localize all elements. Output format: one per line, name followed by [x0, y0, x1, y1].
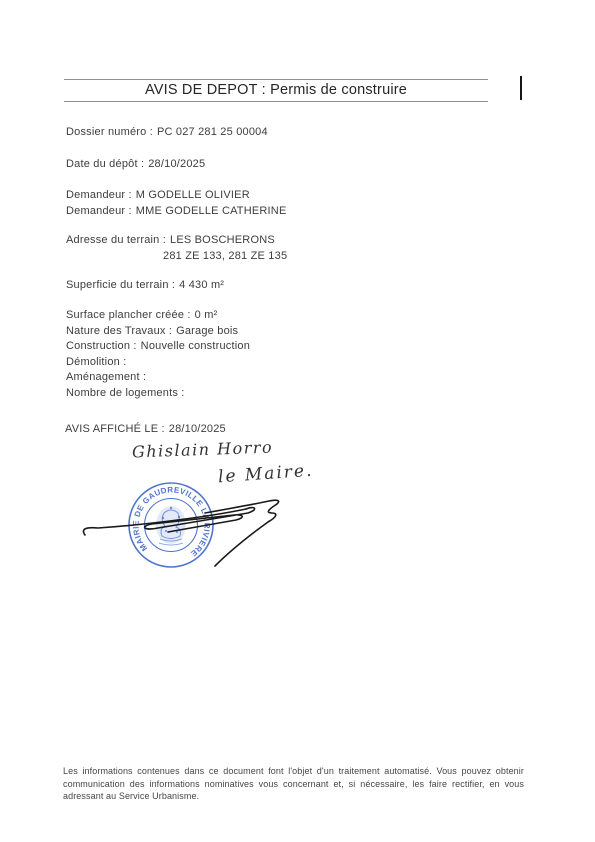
field-label: Demandeur :: [66, 189, 132, 201]
field-label: Démolition :: [66, 356, 126, 368]
field-label: AVIS AFFICHÉ LE :: [65, 423, 165, 435]
field-value: 4 430 m²: [179, 279, 224, 291]
field-avis-affiche-le: AVIS AFFICHÉ LE :28/10/2025: [65, 423, 226, 435]
field-adresse-terrain: Adresse du terrain :LES BOSCHERONS: [66, 234, 275, 246]
scan-mark: [520, 76, 522, 100]
field-nombre-logements: Nombre de logements :: [66, 387, 189, 399]
field-date-depot: Date du dépôt :28/10/2025: [66, 158, 205, 170]
field-label: Adresse du terrain :: [66, 234, 166, 246]
title-box: AVIS DE DEPOT : Permis de construire: [64, 79, 488, 102]
field-construction: Construction :Nouvelle construction: [66, 340, 250, 352]
field-label: Construction :: [66, 340, 137, 352]
field-label: Nature des Travaux :: [66, 325, 172, 337]
document-title: AVIS DE DEPOT : Permis de construire: [145, 80, 407, 101]
field-value: Garage bois: [176, 325, 238, 337]
field-value: M GODELLE OLIVIER: [136, 189, 250, 201]
field-label: Superficie du terrain :: [66, 279, 175, 291]
field-value: 28/10/2025: [148, 158, 205, 170]
field-amenagement: Aménagement :: [66, 371, 150, 383]
field-label: Date du dépôt :: [66, 158, 144, 170]
signature-scribble: [58, 448, 308, 583]
field-value: 28/10/2025: [169, 423, 226, 435]
field-label: Dossier numéro :: [66, 126, 153, 138]
field-value: Nouvelle construction: [141, 340, 250, 352]
scanned-document-page: AVIS DE DEPOT : Permis de construire Dos…: [0, 0, 595, 842]
field-demolition: Démolition :: [66, 356, 130, 368]
field-surface-plancher: Surface plancher créée :0 m²: [66, 309, 217, 321]
field-value: MME GODELLE CATHERINE: [136, 205, 287, 217]
field-value: LES BOSCHERONS: [170, 234, 275, 246]
field-label: Surface plancher créée :: [66, 309, 191, 321]
field-dossier-numero: Dossier numéro :PC 027 281 25 00004: [66, 126, 268, 138]
field-demandeur-2: Demandeur :MME GODELLE CATHERINE: [66, 205, 286, 217]
footer-notice: Les informations contenues dans ce docum…: [63, 765, 524, 803]
field-value: 0 m²: [195, 309, 218, 321]
field-label: Demandeur :: [66, 205, 132, 217]
field-demandeur-1: Demandeur :M GODELLE OLIVIER: [66, 189, 250, 201]
field-value: 281 ZE 133, 281 ZE 135: [163, 250, 287, 262]
field-label: Nombre de logements :: [66, 387, 185, 399]
field-adresse-parcelles: 281 ZE 133, 281 ZE 135: [163, 250, 287, 262]
field-nature-travaux: Nature des Travaux :Garage bois: [66, 325, 238, 337]
field-superficie: Superficie du terrain :4 430 m²: [66, 279, 224, 291]
field-value: PC 027 281 25 00004: [157, 126, 268, 138]
field-label: Aménagement :: [66, 371, 146, 383]
